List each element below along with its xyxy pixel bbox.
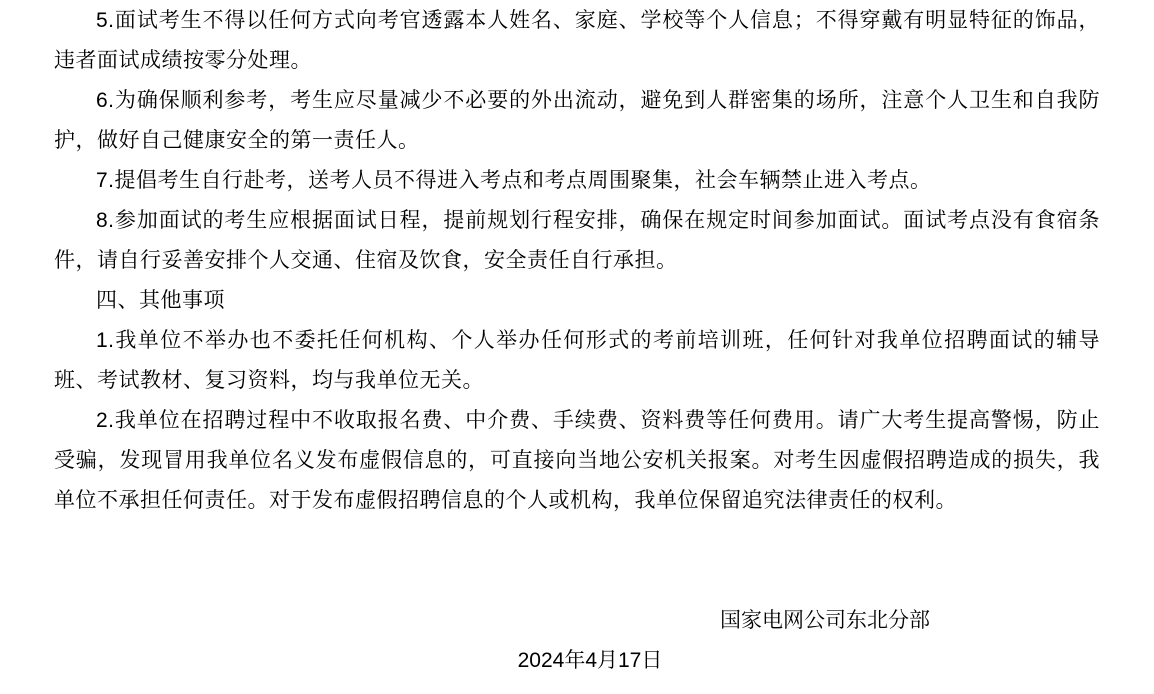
paragraph-rule-8: 8.参加面试的考生应根据面试日程，提前规划行程安排，确保在规定时间参加面试。面试… [54,201,1100,281]
paragraph-rule-5: 5.面试考生不得以任何方式向考官透露本人姓名、家庭、学校等个人信息；不得穿戴有明… [54,1,1100,81]
document-date: 2024年4月17日 [54,641,1100,681]
signature-organization: 国家电网公司东北分部 [54,601,1100,641]
paragraph-other-2: 2.我单位在招聘过程中不收取报名费、中介费、手续费、资料费等任何费用。请广大考生… [54,401,1100,521]
paragraph-rule-6: 6.为确保顺利参考，考生应尽量减少不必要的外出流动，避免到人群密集的场所，注意个… [54,81,1100,161]
paragraph-rule-7: 7.提倡考生自行赴考，送考人员不得进入考点和考点周围聚集，社会车辆禁止进入考点。 [54,161,1100,201]
paragraph-other-1: 1.我单位不举办也不委托任何机构、个人举办任何形式的考前培训班，任何针对我单位招… [54,321,1100,401]
section-heading-other-matters: 四、其他事项 [54,281,1100,321]
document-page: 5.面试考生不得以任何方式向考官透露本人姓名、家庭、学校等个人信息；不得穿戴有明… [0,0,1154,694]
